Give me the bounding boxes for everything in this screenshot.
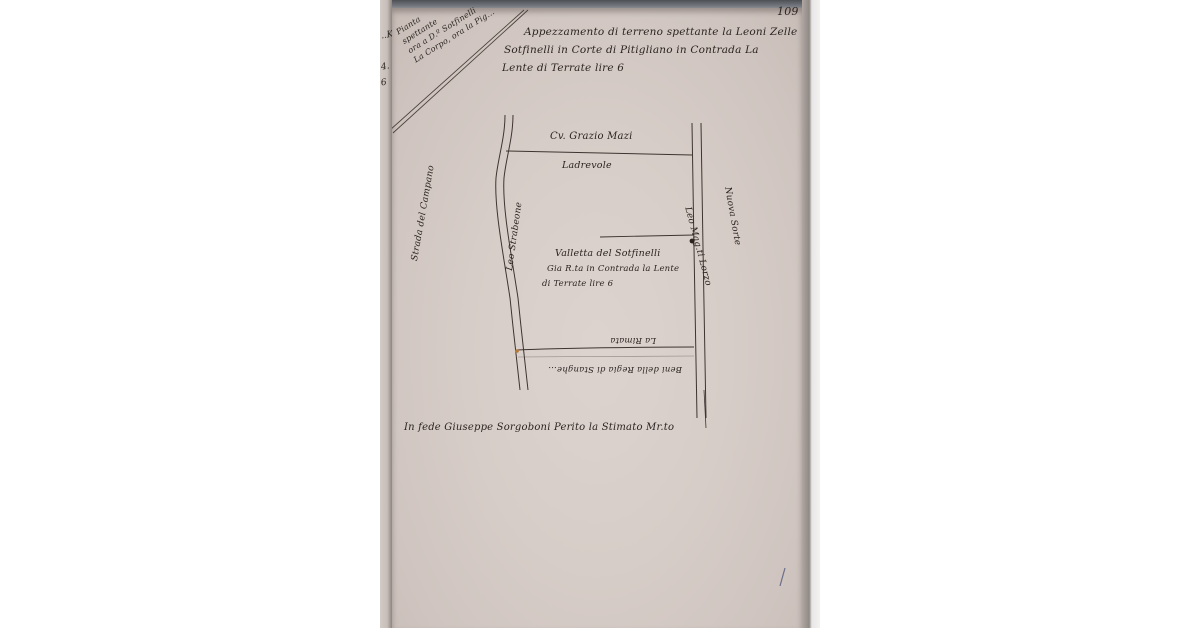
scan-right-edge: [802, 0, 820, 628]
manuscript-page: 109 Pianta spettante ora a D.º Sotfinell…: [392, 8, 802, 628]
margin-fragment: 6: [380, 78, 387, 89]
margin-fragment: 4.: [380, 61, 390, 72]
manuscript-scan: ..Ko 4. 6: [380, 0, 820, 628]
folio-number: 109: [777, 5, 799, 18]
previous-page-edge: ..Ko 4. 6: [380, 0, 392, 628]
map-center-label-2: Gia R.ta in Contrada la Lente: [547, 264, 679, 274]
map-north-label: Cv. Grazio Mazi: [550, 131, 633, 142]
map-center-label-3: di Terrate lire 6: [542, 279, 613, 289]
surveyor-signature: In fede Giuseppe Sorgoboni Perito la Sti…: [404, 422, 674, 433]
map-north-inner-label: Ladrevole: [562, 160, 612, 171]
map-center-label-1: Valletta del Sotfinelli: [555, 248, 661, 259]
survey-map-lines: [392, 8, 802, 628]
map-south-outer-label: Beni della Regia di Stanghe...: [548, 364, 682, 374]
heading-line-1: Appezzamento di terreno spettante la Leo…: [524, 26, 797, 38]
heading-line-2: Sotfinelli in Corte di Pitigliano in Con…: [504, 44, 759, 56]
map-south-inner-label: La Rimata: [610, 335, 656, 345]
heading-line-3: Lente di Terrate lire 6: [502, 62, 624, 74]
